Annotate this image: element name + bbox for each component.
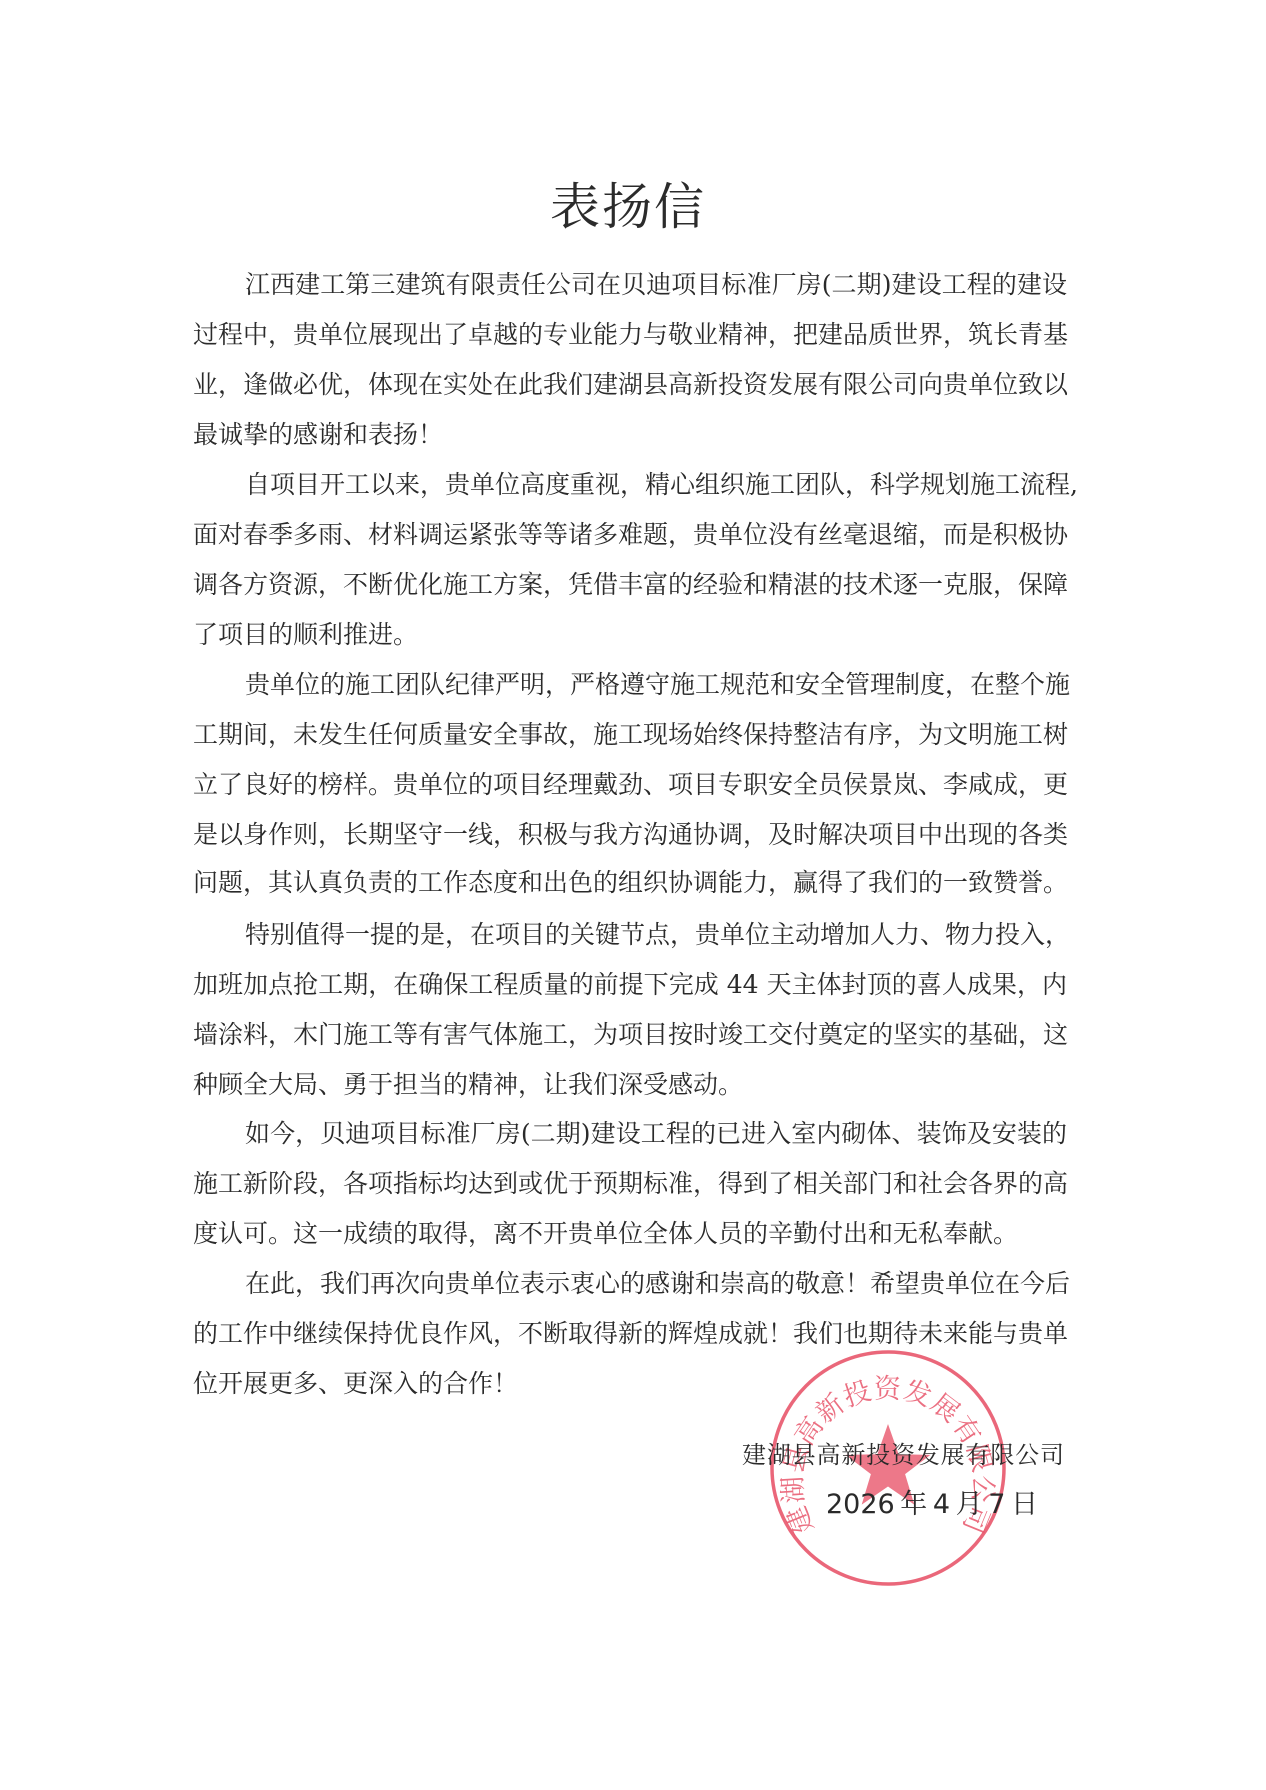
paragraph-6-line-1: 在此，我们再次向贵单位表示衷心的感谢和崇高的敬意！希望贵单位在今后 bbox=[245, 1267, 1067, 1301]
paragraph-1-line-1: 江西建工第三建筑有限责任公司在贝迪项目标准厂房(二期)建设工程的建设 bbox=[245, 268, 1067, 302]
paragraph-4-line-2: 加班加点抢工期，在确保工程质量的前提下完成 44 天主体封顶的喜人成果，内 bbox=[193, 968, 1067, 1002]
paragraph-5-line-2: 施工新阶段，各项指标均达到或优于预期标准，得到了相关部门和社会各界的高 bbox=[193, 1167, 1067, 1201]
letter-title: 表扬信 bbox=[0, 176, 1256, 238]
paragraph-4-line-3: 墙涂料，木门施工等有害气体施工，为项目按时竣工交付奠定的坚实的基础，这 bbox=[193, 1018, 1067, 1052]
paragraph-3-line-2: 工期间，未发生任何质量安全事故，施工现场始终保持整洁有序，为文明施工树 bbox=[193, 718, 1067, 752]
paragraph-2-line-4: 了项目的顺利推进。 bbox=[193, 618, 1067, 652]
paragraph-3-line-4: 是以身作则，长期坚守一线，积极与我方沟通协调，及时解决项目中出现的各类 bbox=[193, 818, 1067, 852]
paragraph-1-line-4: 最诚挚的感谢和表扬！ bbox=[193, 418, 1067, 452]
paragraph-3-line-1: 贵单位的施工团队纪律严明，严格遵守施工规范和安全管理制度，在整个施 bbox=[245, 668, 1067, 702]
paragraph-3-line-5: 问题，其认真负责的工作态度和出色的组织协调能力，赢得了我们的一致赞誉。 bbox=[193, 866, 1067, 900]
date-year: 2026 bbox=[826, 1486, 895, 1524]
paragraph-1-line-3: 业，逢做必优，体现在实处在此我们建湖县高新投资发展有限公司向贵单位致以 bbox=[193, 368, 1067, 402]
paragraph-2-line-2: 面对春季多雨、材料调运紧张等等诸多难题，贵单位没有丝毫退缩，而是积极协 bbox=[193, 518, 1067, 552]
date-month: 4 bbox=[933, 1486, 950, 1524]
letter-page: 表扬信 江西建工第三建筑有限责任公司在贝迪项目标准厂房(二期)建设工程的建设 过… bbox=[0, 0, 1266, 1790]
paragraph-1-line-2: 过程中，贵单位展现出了卓越的专业能力与敬业精神，把建品质世界，筑长青基 bbox=[193, 318, 1067, 352]
paragraph-3-line-3: 立了良好的榜样。贵单位的项目经理戴劲、项目专职安全员侯景岚、李咸成，更 bbox=[193, 768, 1067, 802]
paragraph-2-line-3: 调各方资源，不断优化施工方案，凭借丰富的经验和精湛的技术逐一克服，保障 bbox=[193, 568, 1067, 602]
signature-date: 2026 年 4 月 7 日 bbox=[826, 1486, 1038, 1524]
paragraph-5-line-1: 如今，贝迪项目标准厂房(二期)建设工程的已进入室内砌体、装饰及安装的 bbox=[245, 1117, 1067, 1151]
paragraph-2-line-1: 自项目开工以来，贵单位高度重视，精心组织施工团队，科学规划施工流程, bbox=[245, 468, 1067, 502]
paragraph-5-line-3: 度认可。这一成绩的取得，离不开贵单位全体人员的辛勤付出和无私奉献。 bbox=[193, 1217, 1067, 1251]
paragraph-4-line-4: 种顾全大局、勇于担当的精神，让我们深受感动。 bbox=[193, 1068, 1067, 1102]
paragraph-4-line-1: 特别值得一提的是，在项目的关键节点，贵单位主动增加人力、物力投入， bbox=[245, 918, 1067, 952]
date-month-unit: 月 bbox=[956, 1486, 983, 1524]
signature-organization: 建湖县高新投资发展有限公司 bbox=[742, 1438, 1064, 1472]
date-day-unit: 日 bbox=[1011, 1486, 1038, 1524]
date-day: 7 bbox=[988, 1486, 1005, 1524]
date-year-unit: 年 bbox=[900, 1486, 927, 1524]
